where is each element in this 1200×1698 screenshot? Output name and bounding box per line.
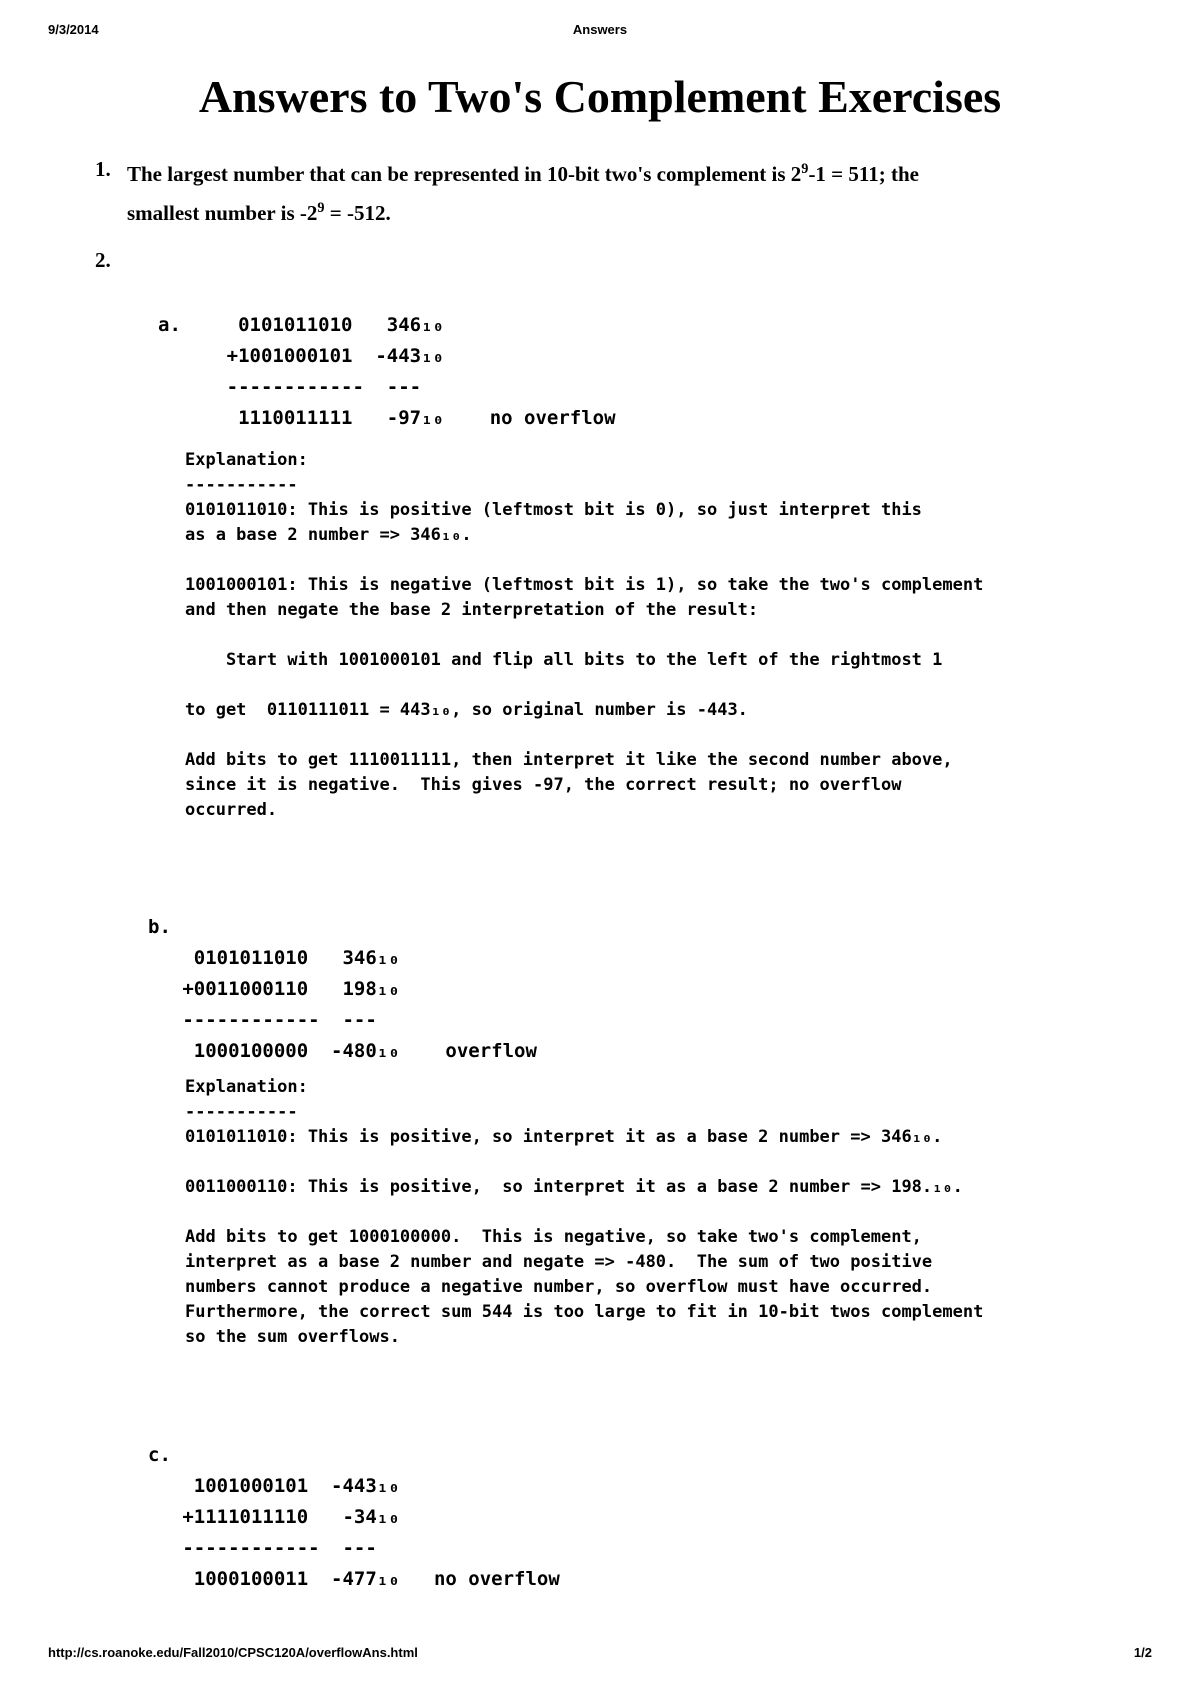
- answer-1-text-seg3: = -512.: [325, 201, 391, 225]
- answer-2-number: 2.: [95, 243, 111, 277]
- answer-1-number: 1.: [95, 152, 127, 230]
- footer-url: http://cs.roanoke.edu/Fall2010/CPSC120A/…: [48, 1645, 418, 1660]
- page-title: Answers to Two's Complement Exercises: [0, 70, 1200, 123]
- exponent-9: 9: [317, 200, 324, 216]
- answer-2c-addition-block: c. 1001000101 -443₁₀ +1111011110 -34₁₀ -…: [148, 1440, 560, 1595]
- printed-document-page: { "header": { "print_date": "9/3/2014", …: [0, 0, 1200, 1698]
- answer-1-text-seg1: The largest number that can be represent…: [127, 162, 801, 186]
- answer-1-text: The largest number that can be represent…: [127, 152, 919, 230]
- print-doc-title: Answers: [0, 22, 1200, 37]
- footer-page-indicator: 1/2: [1134, 1645, 1152, 1660]
- answer-2b-explanation: Explanation: ----------- 0101011010: Thi…: [185, 1075, 983, 1350]
- answer-2a-addition-block: a. 0101011010 346₁₀ +1001000101 -443₁₀ -…: [158, 310, 616, 434]
- answer-1: 1. The largest number that can be repres…: [95, 152, 919, 230]
- answer-2b-addition-block: b. 0101011010 346₁₀ +0011000110 198₁₀ --…: [148, 912, 537, 1067]
- answer-2a-explanation: Explanation: ----------- 0101011010: Thi…: [185, 448, 983, 823]
